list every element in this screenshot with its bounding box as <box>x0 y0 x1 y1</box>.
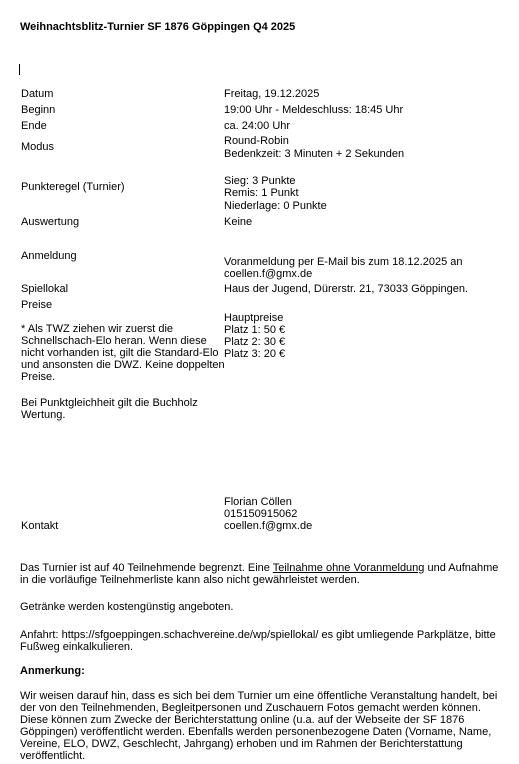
value-preise-heading: Hauptpreise <box>224 312 283 324</box>
label-datum: Datum <box>21 88 53 100</box>
preise-note: * Als TWZ ziehen wir zuerst die Schnells… <box>21 323 226 383</box>
value-modus-2: Bedenkzeit: 3 Minuten + 2 Sekunden <box>224 148 404 160</box>
label-modus: Modus <box>21 141 54 153</box>
value-anmeldung-email[interactable]: coellen.f@gmx.de <box>224 268 312 280</box>
label-auswertung: Auswertung <box>21 216 79 228</box>
label-beginn: Beginn <box>21 104 55 116</box>
value-preise-1: Platz 1: 50 € <box>224 324 285 336</box>
label-anmeldung: Anmeldung <box>21 250 77 262</box>
value-punkteregel-2: Remis: 1 Punkt <box>224 187 299 199</box>
paragraph-drinks: Getränke werden kostengünstig angeboten. <box>20 601 505 613</box>
label-ende: Ende <box>21 120 47 132</box>
value-beginn: 19:00 Uhr - Meldeschluss: 18:45 Uhr <box>224 104 403 116</box>
value-ende: ca. 24:00 Uhr <box>224 120 290 132</box>
value-punkteregel-1: Sieg: 3 Punkte <box>224 175 296 187</box>
value-kontakt-name: Florian Cöllen <box>224 496 292 508</box>
value-anmeldung-1: Voranmeldung per E-Mail bis zum 18.12.20… <box>224 256 462 268</box>
label-punkteregel: Punkteregel (Turnier) <box>21 181 125 193</box>
paragraph-directions: Anfahrt: https://sfgoeppingen.schachvere… <box>20 629 505 653</box>
paragraph-remark: Wir weisen darauf hin, dass es sich bei … <box>20 690 505 762</box>
value-kontakt-email[interactable]: coellen.f@gmx.de <box>224 520 312 532</box>
value-preise-3: Platz 3: 20 € <box>224 348 285 360</box>
paragraph-participant-limit: Das Turnier ist auf 40 Teilnehmende begr… <box>20 562 505 586</box>
limit-text-underlined: Teilnahme ohne Voranmeldung <box>273 562 425 574</box>
document-title: Weihnachtsblitz-Turnier SF 1876 Göppinge… <box>20 21 295 33</box>
limit-text-pre: Das Turnier ist auf 40 Teilnehmende begr… <box>20 562 273 574</box>
value-kontakt-phone: 015150915062 <box>224 508 297 520</box>
preise-tiebreak: Bei Punktgleichheit gilt die Buchholz We… <box>21 397 226 421</box>
value-punkteregel-3: Niederlage: 0 Punkte <box>224 200 327 212</box>
value-preise-2: Platz 2: 30 € <box>224 336 285 348</box>
value-datum: Freitag, 19.12.2025 <box>224 88 319 100</box>
label-spiellokal: Spiellokal <box>21 283 68 295</box>
label-kontakt: Kontakt <box>21 520 58 532</box>
value-modus-1: Round-Robin <box>224 135 289 147</box>
value-auswertung: Keine <box>224 216 252 228</box>
text-cursor <box>19 64 20 75</box>
value-spiellokal: Haus der Jugend, Dürerstr. 21, 73033 Göp… <box>224 283 468 295</box>
remark-heading: Anmerkung: <box>20 665 505 677</box>
label-preise: Preise <box>21 299 52 311</box>
